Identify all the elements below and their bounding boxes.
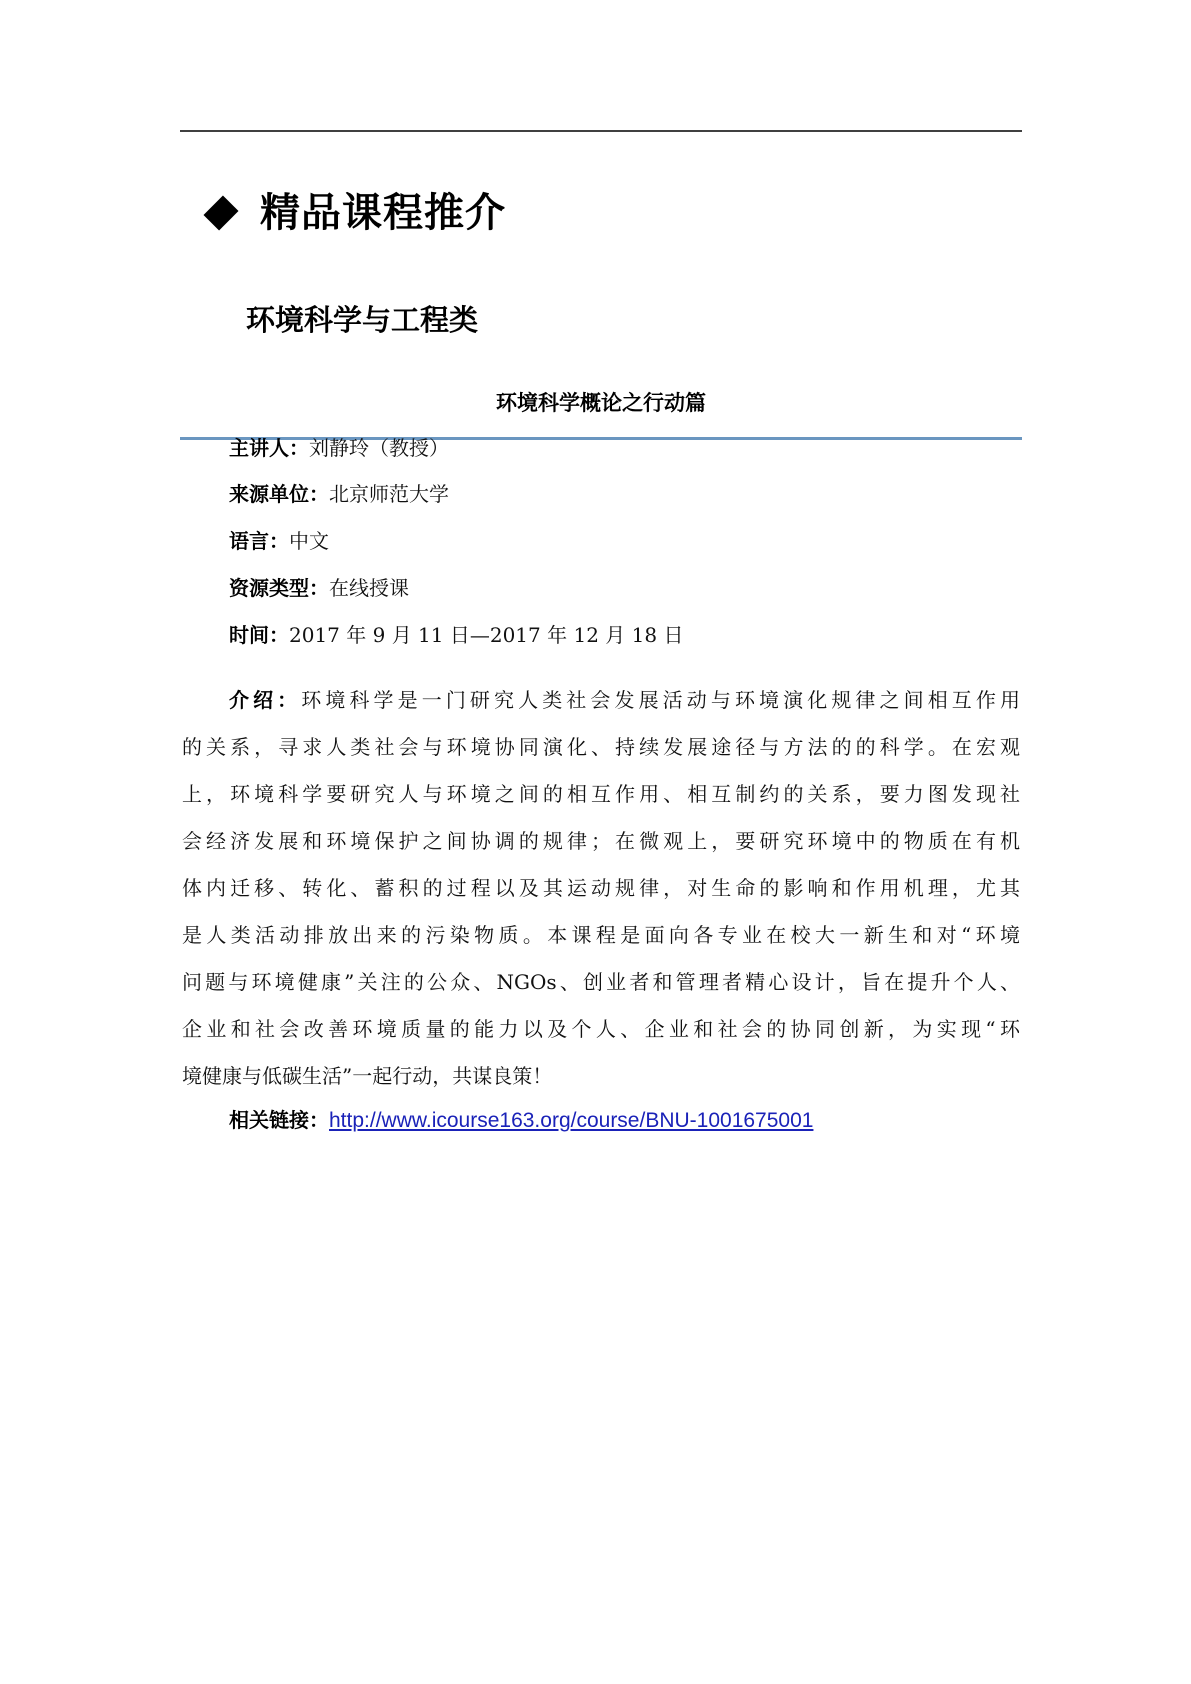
course-title: 环境科学概论之行动篇 (180, 388, 1022, 418)
meta-label: 来源单位： (229, 482, 329, 506)
meta-value: 在线授课 (329, 576, 409, 600)
diamond-bullet-icon (203, 195, 238, 230)
related-link-label: 相关链接： (229, 1108, 329, 1132)
description-line: 会经济发展和环境保护之间协调的规律；在微观上，要研究环境中的物质在有机 (182, 826, 1020, 873)
description-line: 介绍：环境科学是一门研究人类社会发展活动与环境演化规律之间相互作用 (182, 685, 1020, 732)
course-description: 介绍：环境科学是一门研究人类社会发展活动与环境演化规律之间相互作用 的关系，寻求… (182, 685, 1020, 1108)
meta-value: 北京师范大学 (329, 482, 449, 506)
description-line: 的关系，寻求人类社会与环境协同演化、持续发展途径与方法的的科学。在宏观 (182, 732, 1020, 779)
category-heading: 环境科学与工程类 (246, 300, 478, 340)
meta-language: 语言：中文 (229, 526, 329, 556)
description-line: 是人类活动排放出来的污染物质。本课程是面向各专业在校大一新生和对“环境 (182, 920, 1020, 967)
meta-label: 时间： (229, 623, 289, 647)
description-line: 问题与环境健康”关注的公众、NGOs、创业者和管理者精心设计，旨在提升个人、 (182, 967, 1020, 1014)
course-link[interactable]: http://www.icourse163.org/course/BNU-100… (329, 1109, 813, 1132)
description-line: 境健康与低碳生活”一起行动，共谋良策！ (182, 1061, 1020, 1108)
section-title: 精品课程推介 (260, 188, 506, 238)
meta-time: 时间：2017 年 9 月 11 日—2017 年 12 月 18 日 (229, 620, 683, 650)
meta-value: 刘静玲（教授） (309, 436, 449, 460)
meta-label: 语言： (229, 529, 289, 553)
description-label: 介绍： (229, 688, 301, 712)
section-heading: 精品课程推介 (204, 188, 506, 238)
header-rule (180, 130, 1022, 132)
meta-lecturer: 主讲人：刘静玲（教授） (229, 433, 449, 463)
description-line: 企业和社会改善环境质量的能力以及个人、企业和社会的协同创新，为实现“环 (182, 1014, 1020, 1061)
meta-resource-type: 资源类型：在线授课 (229, 573, 409, 603)
meta-label: 主讲人： (229, 436, 309, 460)
meta-value: 中文 (289, 529, 329, 553)
description-line: 体内迁移、转化、蓄积的过程以及其运动规律，对生命的影响和作用机理，尤其 (182, 873, 1020, 920)
related-link-row: 相关链接：http://www.icourse163.org/course/BN… (229, 1105, 813, 1136)
description-line: 上，环境科学要研究人与环境之间的相互作用、相互制约的关系，要力图发现社 (182, 779, 1020, 826)
meta-value: 2017 年 9 月 11 日—2017 年 12 月 18 日 (289, 623, 683, 647)
meta-label: 资源类型： (229, 576, 329, 600)
meta-source: 来源单位：北京师范大学 (229, 479, 449, 509)
